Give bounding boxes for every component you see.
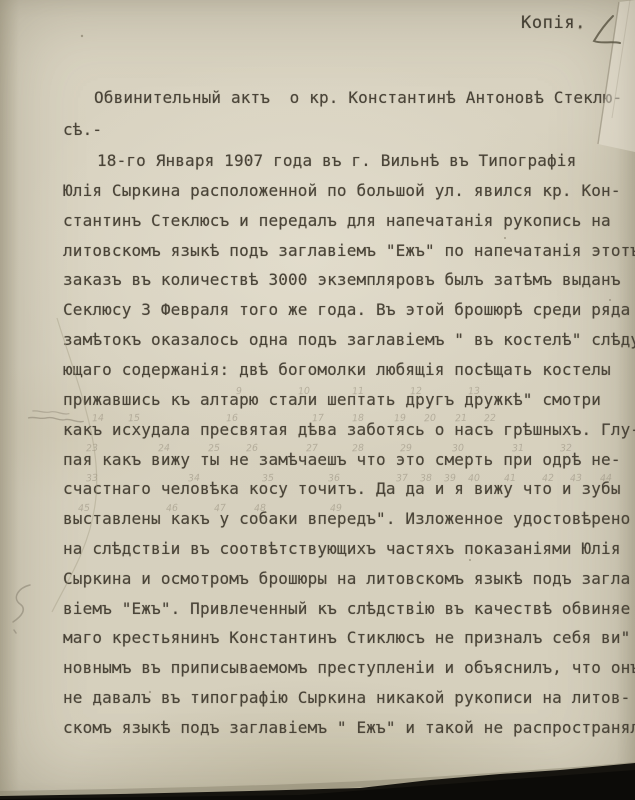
typewritten-line: заказъ въ количествѣ 3000 экземпляровъ б… — [63, 271, 621, 289]
pencil-word-number: 32 — [560, 443, 573, 455]
typewritten-line: литовскомъ языкѣ подъ заглавіемъ "Ежъ" п… — [63, 242, 635, 260]
pencil-word-number: 15 — [128, 413, 141, 425]
typewritten-line: сѣ.- — [63, 121, 102, 139]
pencil-word-number: 14 — [92, 413, 105, 425]
pencil-word-number: 23 — [86, 443, 99, 455]
typewritten-line: ющаго содержанія: двѣ богомолки любящія … — [63, 361, 611, 379]
document-photo: Обвинительный актъ о кр. Константинѣ Ант… — [0, 0, 635, 800]
pencil-word-number: 17 — [312, 413, 325, 425]
typewritten-line: скомъ языкѣ подъ заглавіемъ " Ежъ" и так… — [63, 719, 635, 737]
pencil-word-number: 44 — [600, 473, 613, 485]
pencil-word-number: 45 — [78, 503, 91, 515]
pencil-word-number: 29 — [400, 443, 413, 455]
pencil-word-number: 43 — [570, 473, 583, 485]
pencil-word-number: 41 — [504, 473, 517, 485]
typewritten-line: Юлія Сыркина расположенной по большой ул… — [63, 182, 621, 200]
typewritten-line: прижавшись къ алтарю стали шептать другъ… — [63, 391, 601, 409]
pencil-word-number: 47 — [214, 503, 227, 515]
pencil-word-number: 38 — [420, 473, 433, 485]
typewritten-line: маго крестьянинъ Константинъ Стиклюсъ не… — [63, 629, 630, 647]
pencil-word-number: 46 — [166, 503, 179, 515]
typewritten-line: на слѣдствіи въ соотвѣтствующихъ частяхъ… — [63, 540, 621, 558]
pencil-word-number: 35 — [262, 473, 275, 485]
pencil-word-number: 34 — [188, 473, 201, 485]
pencil-word-number: 39 — [444, 473, 457, 485]
pencil-word-number: 42 — [542, 473, 555, 485]
typewritten-line: новнымъ въ приписываемомъ преступленіи и… — [63, 659, 635, 677]
pencil-word-number: 24 — [158, 443, 171, 455]
pencil-word-number: 18 — [352, 413, 365, 425]
pencil-word-number: 31 — [512, 443, 525, 455]
pencil-word-number: 26 — [246, 443, 259, 455]
pencil-word-number: 21 — [455, 413, 468, 425]
pencil-word-number: 27 — [306, 443, 319, 455]
typewritten-line: Секлюсу 3 Февраля того же года. Въ этой … — [63, 301, 630, 319]
typewritten-line: Обвинительный актъ о кр. Константинѣ Ант… — [94, 89, 622, 107]
pencil-word-number: 11 — [352, 386, 365, 398]
pencil-word-number: 48 — [254, 503, 267, 515]
pencil-word-number: 12 — [410, 386, 423, 398]
pencil-word-number: 36 — [328, 473, 341, 485]
pencil-word-number: 9 — [236, 386, 243, 397]
pencil-word-number: 33 — [86, 473, 99, 485]
typewritten-line: счастнаго человѣка косу точитъ. Да да и … — [63, 480, 621, 498]
typewritten-line: Сыркина и осмотромъ брошюры на литовском… — [63, 570, 630, 588]
pencil-word-number: 37 — [396, 473, 409, 485]
pencil-word-number: 30 — [452, 443, 465, 455]
pencil-word-number: 40 — [468, 473, 481, 485]
pencil-word-number: 20 — [424, 413, 437, 425]
typewritten-line: замѣтокъ оказалось одна подъ заглавіемъ … — [63, 331, 635, 349]
pencil-word-number: 10 — [298, 386, 311, 398]
pencil-word-number: 22 — [484, 413, 497, 425]
pencil-word-number: 49 — [330, 503, 343, 515]
pencil-word-number: 25 — [208, 443, 221, 455]
pencil-word-number: 13 — [468, 386, 481, 398]
typewritten-line: какъ исхудала пресвятая дѣва заботясь о … — [63, 421, 635, 439]
typewritten-line: не давалъ въ типографію Сыркина никакой … — [63, 689, 630, 707]
typewritten-line: пая какъ вижу ты не замѣчаешъ что это см… — [63, 451, 621, 469]
copy-label: Копія. — [521, 13, 586, 33]
typewritten-line: выставлены какъ у собаки впередъ". Излож… — [63, 510, 630, 528]
typewritten-line: стантинъ Стеклюсъ и передалъ для напечат… — [63, 212, 611, 230]
pencil-word-number: 16 — [226, 413, 239, 425]
pencil-word-number: 19 — [394, 413, 407, 425]
typewritten-line: віемъ "Ежъ". Привлеченный къ слѣдствію в… — [63, 600, 630, 618]
typewritten-line: 18-го Января 1907 года въ г. Вильнѣ въ Т… — [97, 152, 576, 170]
pencil-word-number: 28 — [352, 443, 365, 455]
